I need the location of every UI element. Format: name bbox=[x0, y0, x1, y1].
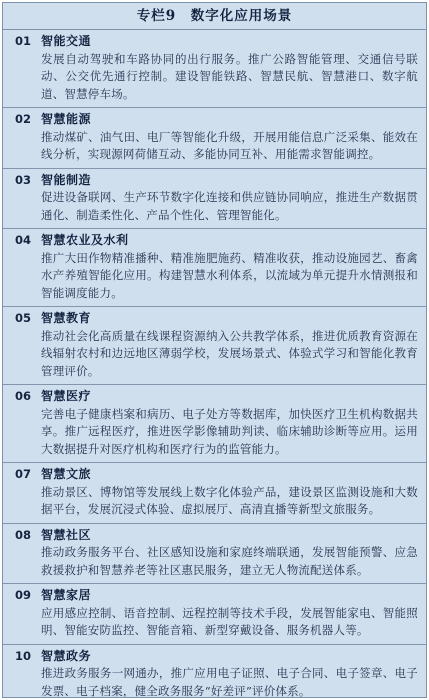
item-title-line: 08 智慧社区 bbox=[15, 527, 418, 545]
item-title-line: 10 智慧政务 bbox=[15, 648, 418, 666]
item-description: 促进设备联网、生产环节数字化连接和供应链协同响应，推进生产数据贯通化、制造柔性化… bbox=[41, 189, 418, 224]
item-title: 智慧文旅 bbox=[41, 466, 91, 484]
item-title: 智慧能源 bbox=[41, 111, 91, 129]
item-number: 09 bbox=[15, 587, 41, 605]
item-row-07: 07 智慧文旅 推动景区、博物馆等发展线上数字化体验产品，建设景区监测设施和大数… bbox=[3, 463, 426, 524]
item-description: 推动煤矿、油气田、电厂等智能化升级，开展用能信息广泛采集、能效在线分析，实现源网… bbox=[41, 129, 418, 164]
item-description: 推广大田作物精准播种、精准施肥施药、精准收获，推动设施园艺、畜禽水产养殖智能化应… bbox=[41, 250, 418, 303]
item-number: 02 bbox=[15, 111, 41, 129]
item-description: 发展自动驾驶和车路协同的出行服务。推广公路智能管理、交通信号联动、公交优先通行控… bbox=[41, 51, 418, 104]
item-row-05: 05 智慧教育 推动社会化高质量在线课程资源纳入公共教学体系，推进优质教育资源在… bbox=[3, 307, 426, 385]
item-title-line: 09 智慧家居 bbox=[15, 587, 418, 605]
item-number: 10 bbox=[15, 648, 41, 666]
page: 专栏9 数字化应用场景 01 智能交通 发展自动驾驶和车路协同的出行服务。推广公… bbox=[0, 0, 429, 700]
item-row-04: 04 智慧农业及水利 推广大田作物精准播种、精准施肥施药、精准收获，推动设施园艺… bbox=[3, 229, 426, 307]
item-description: 推动景区、博物馆等发展线上数字化体验产品，建设景区监测设施和大数据平台，发展沉浸… bbox=[41, 484, 418, 519]
item-title: 智慧教育 bbox=[41, 310, 91, 328]
item-number: 01 bbox=[15, 33, 41, 51]
item-row-06: 06 智慧医疗 完善电子健康档案和病历、电子处方等数据库，加快医疗卫生机构数据共… bbox=[3, 385, 426, 463]
item-number: 05 bbox=[15, 310, 41, 328]
item-title: 智慧政务 bbox=[41, 648, 91, 666]
item-description: 推动社会化高质量在线课程资源纳入公共教学体系，推进优质教育资源在线辐射农村和边远… bbox=[41, 328, 418, 381]
item-description: 推动政务服务平台、社区感知设施和家庭终端联通，发展智能预警、应急救援救护和智慧养… bbox=[41, 544, 418, 579]
item-number: 08 bbox=[15, 527, 41, 545]
item-row-03: 03 智能制造 促进设备联网、生产环节数字化连接和供应链协同响应，推进生产数据贯… bbox=[3, 169, 426, 230]
item-title: 智能制造 bbox=[41, 172, 91, 190]
column-box-panel: 专栏9 数字化应用场景 01 智能交通 发展自动驾驶和车路协同的出行服务。推广公… bbox=[2, 2, 427, 698]
item-title: 智能交通 bbox=[41, 33, 91, 51]
item-title-line: 01 智能交通 bbox=[15, 33, 418, 51]
item-number: 06 bbox=[15, 388, 41, 406]
item-title-line: 04 智慧农业及水利 bbox=[15, 232, 418, 250]
item-description: 推进政务服务一网通办，推广应用电子证照、电子合同、电子签章、电子发票、电子档案，… bbox=[41, 665, 418, 698]
item-title: 智慧社区 bbox=[41, 527, 91, 545]
item-row-02: 02 智慧能源 推动煤矿、油气田、电厂等智能化升级，开展用能信息广泛采集、能效在… bbox=[3, 108, 426, 169]
item-title: 智慧农业及水利 bbox=[41, 232, 129, 250]
item-title-line: 06 智慧医疗 bbox=[15, 388, 418, 406]
item-title: 智慧医疗 bbox=[41, 388, 91, 406]
item-title-line: 03 智能制造 bbox=[15, 172, 418, 190]
item-row-10: 10 智慧政务 推进政务服务一网通办，推广应用电子证照、电子合同、电子签章、电子… bbox=[3, 645, 426, 699]
item-title-line: 02 智慧能源 bbox=[15, 111, 418, 129]
item-title: 智慧家居 bbox=[41, 587, 91, 605]
item-title-line: 07 智慧文旅 bbox=[15, 466, 418, 484]
item-row-09: 09 智慧家居 应用感应控制、语音控制、远程控制等技术手段，发展智能家电、智能照… bbox=[3, 584, 426, 645]
panel-title: 专栏9 数字化应用场景 bbox=[3, 3, 426, 30]
item-description: 完善电子健康档案和病历、电子处方等数据库，加快医疗卫生机构数据共享。推广远程医疗… bbox=[41, 406, 418, 459]
item-description: 应用感应控制、语音控制、远程控制等技术手段，发展智能家电、智能照明、智能安防监控… bbox=[41, 605, 418, 640]
item-row-08: 08 智慧社区 推动政务服务平台、社区感知设施和家庭终端联通，发展智能预警、应急… bbox=[3, 524, 426, 585]
item-number: 07 bbox=[15, 466, 41, 484]
item-title-line: 05 智慧教育 bbox=[15, 310, 418, 328]
item-row-01: 01 智能交通 发展自动驾驶和车路协同的出行服务。推广公路智能管理、交通信号联动… bbox=[3, 30, 426, 108]
item-number: 04 bbox=[15, 232, 41, 250]
item-number: 03 bbox=[15, 172, 41, 190]
